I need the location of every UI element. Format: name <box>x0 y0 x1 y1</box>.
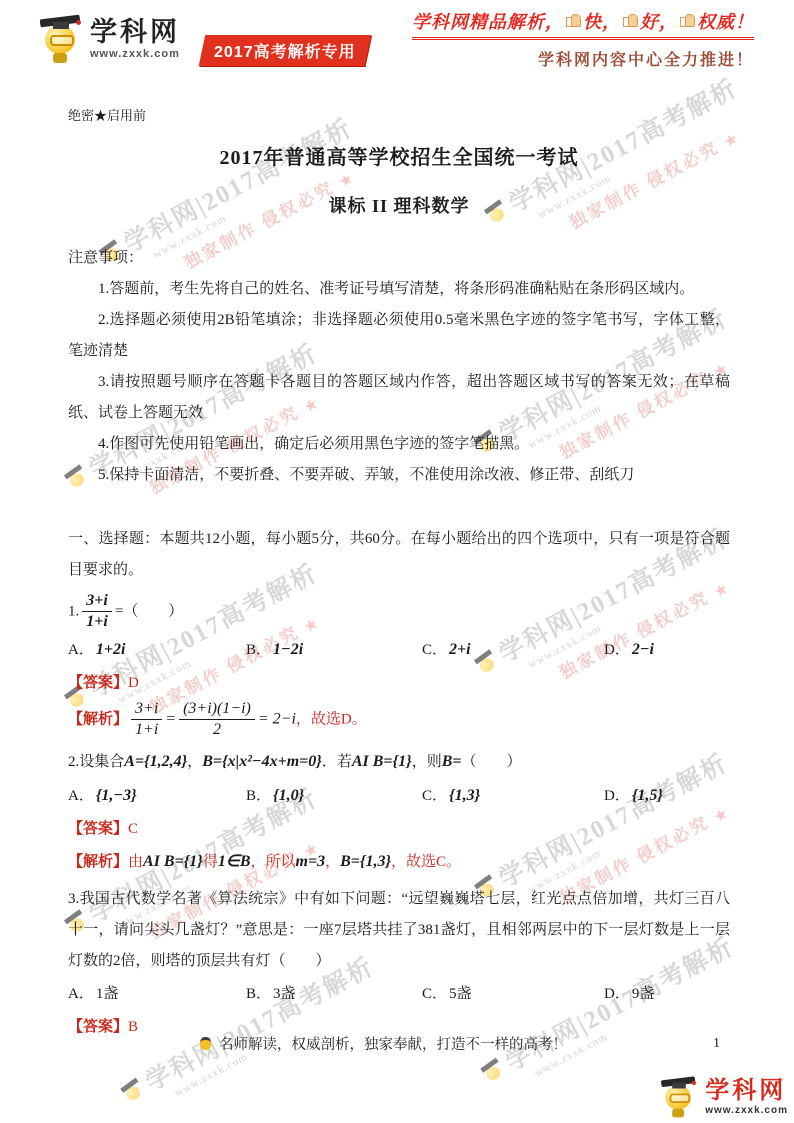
footer-slogan-text: 名师解读，权威剖析，独家奉献，打造不一样的高考！ <box>219 1033 567 1054</box>
document-content: 绝密★启用前 2017年普通高等学校招生全国统一考试 课标 II 理科数学 注意… <box>68 100 730 1044</box>
option-b-value: 1−2i <box>273 641 303 658</box>
option-c-label: C． <box>422 788 447 804</box>
question-3-stem: 3.我国古代数学名著《算法统宗》中有如下问题：“远望巍巍塔七层，红光点点倍加增，… <box>68 884 730 977</box>
option-d: D．9盏 <box>604 979 730 1010</box>
answer-label: 【答案】 <box>68 675 128 691</box>
notice-title: 注意事项： <box>68 243 730 274</box>
option-b-value: {1,0} <box>273 787 304 804</box>
option-c-value: {1,3} <box>449 787 480 804</box>
fraction: 3+i1+i <box>131 700 162 740</box>
option-a-label: A． <box>68 986 94 1002</box>
math-set-a: A={1,2,4} <box>124 753 187 770</box>
page-header: 学科网 www.zxxk.com 2017高考解析专用 学科网精品解析， 快， … <box>40 8 754 70</box>
exam-paper-page: 学科网|2017高考解析 www.zxxk.com 独家制作 侵权必究 ★ 学科… <box>0 0 794 1123</box>
option-b-value: 3盏 <box>273 986 296 1002</box>
analysis-result: = 2−i <box>258 710 296 727</box>
option-b: B．3盏 <box>246 979 422 1010</box>
option-d-label: D． <box>604 986 630 1002</box>
logo-text-block: 学科网 www.zxxk.com <box>705 1079 788 1116</box>
fraction-numerator: 3+i <box>131 700 162 720</box>
exam-edition-banner: 2017高考解析专用 <box>199 35 371 66</box>
slogan-part4: 权威！ <box>697 8 754 34</box>
option-b: B．{1,0} <box>246 780 422 812</box>
option-c-label: C． <box>422 642 447 658</box>
stem-text: （ ） <box>462 754 522 770</box>
option-a-value: {1,−3} <box>96 787 137 804</box>
slogan-part3: 好， <box>640 8 678 34</box>
option-b-label: B． <box>246 986 271 1002</box>
page-footer: 名师解读，权威剖析，独家奉献，打造不一样的高考！ 1 <box>68 1033 754 1054</box>
option-a: A．1盏 <box>68 979 246 1010</box>
option-b: B．1−2i <box>246 634 422 666</box>
option-d-value: {1,5} <box>632 787 663 804</box>
fraction-numerator: 3+i <box>82 592 112 612</box>
option-c: C．{1,3} <box>422 780 604 812</box>
stem-text: ， <box>187 754 202 770</box>
math-intersection: AI B={1} <box>352 753 412 770</box>
mascot-watermark-icon <box>119 1076 146 1103</box>
option-c-value: 5盏 <box>449 986 472 1002</box>
mascot-watermark-icon <box>479 1056 506 1083</box>
stem-text: ．若 <box>322 754 352 770</box>
notice-item-5: 5.保持卡面清洁，不要折叠、不要弄破、弄皱，不准使用涂改液、修正带、刮纸刀 <box>68 460 730 491</box>
analysis-text: ， <box>325 854 340 870</box>
analysis-conclusion: ，故选C。 <box>391 854 461 870</box>
math-b-equals: B= <box>442 753 462 770</box>
zxxk-logo: 学科网 www.zxxk.com 2017高考解析专用 <box>40 8 368 70</box>
analysis-conclusion: ，故选D。 <box>296 711 367 727</box>
option-a-value: 1+2i <box>96 641 126 658</box>
equals-sign: = <box>165 710 176 727</box>
classification-label: 绝密★启用前 <box>68 100 730 131</box>
thumbs-up-icon <box>623 14 638 28</box>
analysis-text: 由 <box>128 854 143 870</box>
header-slogan-block: 学科网精品解析， 快， 好， 权威！ 学科网内容中心全力推进！ <box>412 8 754 70</box>
option-d: D．{1,5} <box>604 780 730 812</box>
exam-title: 2017年普通高等学校招生全国统一考试 <box>68 143 730 174</box>
analysis-math: 1∈B <box>218 853 251 870</box>
thumbs-up-icon <box>566 14 581 28</box>
option-c-label: C． <box>422 986 447 1002</box>
exam-subtitle: 课标 II 理科数学 <box>68 191 730 222</box>
logo-site-url: www.zxxk.com <box>90 49 180 60</box>
analysis-label: 【解析】 <box>68 854 128 870</box>
section-1-title: 一、选择题：本题共12小题，每小题5分，共60分。在每小题给出的四个选项中，只有… <box>68 524 730 586</box>
option-d-label: D． <box>604 642 630 658</box>
logo-text-block: 学科网 www.zxxk.com <box>90 19 180 60</box>
answer-value: C <box>128 821 138 837</box>
stem-text: 2.设集合 <box>68 754 124 770</box>
thumbs-up-icon <box>680 14 695 28</box>
option-a-value: 1盏 <box>96 986 119 1002</box>
slogan-part2: 快， <box>583 8 621 34</box>
notice-item-3: 3.请按照题号顺序在答题卡各题目的答题区域内作答，超出答题区域书写的答案无效；在… <box>68 367 730 429</box>
option-b-label: B． <box>246 642 271 658</box>
option-a: A．{1,−3} <box>68 780 246 812</box>
page-number: 1 <box>713 1036 720 1052</box>
option-d: D．2−i <box>604 634 730 666</box>
question-2-stem: 2.设集合A={1,2,4}，B={x|x²−4x+m=0}．若AI B={1}… <box>68 746 730 778</box>
question-2-analysis: 【解析】由AI B={1}得1∈B，所以m=3，B={1,3}，故选C。 <box>68 846 730 878</box>
notice-item-4: 4.作图可先使用铅笔画出，确定后必须用黑色字迹的签字笔描黑。 <box>68 429 730 460</box>
notice-item-1: 1.答题前，考生先将自己的姓名、准考证号填写清楚，将条形码准确粘贴在条形码区域内… <box>68 274 730 305</box>
analysis-math: AI B={1} <box>143 853 203 870</box>
fraction-numerator: (3+i)(1−i) <box>179 700 255 720</box>
option-b-label: B． <box>246 788 271 804</box>
analysis-math: B={1,3} <box>340 853 391 870</box>
mascot-icon <box>661 1075 697 1119</box>
option-c: C．5盏 <box>422 979 604 1010</box>
math-set-b: B={x|x²−4x+m=0} <box>202 753 322 770</box>
slogan-part1: 学科网精品解析， <box>412 8 564 34</box>
logo-site-url: www.zxxk.com <box>705 1106 788 1116</box>
analysis-math: m=3 <box>296 853 326 870</box>
question-2-options: A．{1,−3} B．{1,0} C．{1,3} D．{1,5} <box>68 780 730 812</box>
option-c-value: 2+i <box>449 641 471 658</box>
slogan-line1: 学科网精品解析， 快， 好， 权威！ <box>412 8 754 40</box>
fraction: (3+i)(1−i)2 <box>179 700 255 740</box>
answer-label: 【答案】 <box>68 821 128 837</box>
logo-site-name: 学科网 <box>705 1079 788 1103</box>
option-d-label: D． <box>604 788 630 804</box>
question-1-number: 1. <box>68 603 79 619</box>
option-d-value: 9盏 <box>632 986 655 1002</box>
option-a-label: A． <box>68 788 94 804</box>
banner-label: 2017高考解析专用 <box>214 39 356 62</box>
footer-slogan: 名师解读，权威剖析，独家奉献，打造不一样的高考！ <box>200 1033 567 1054</box>
fraction-denominator: 1+i <box>131 720 162 739</box>
answer-value: D <box>128 675 139 691</box>
mascot-icon <box>40 13 82 65</box>
analysis-text: ，所以 <box>250 854 295 870</box>
question-1-analysis: 【解析】3+i1+i=(3+i)(1−i)2= 2−i，故选D。 <box>68 700 730 740</box>
option-d-value: 2−i <box>632 641 654 658</box>
option-a-label: A． <box>68 642 94 658</box>
question-1-options: A．1+2i B．1−2i C．2+i D．2−i <box>68 634 730 666</box>
question-3-options: A．1盏 B．3盏 C．5盏 D．9盏 <box>68 979 730 1010</box>
question-2-answer: 【答案】C <box>68 814 730 845</box>
mascot-mini-icon <box>200 1037 211 1050</box>
question-1-tail: =（ ） <box>115 603 183 619</box>
notice-item-2: 2.选择题必须使用2B铅笔填涂；非选择题必须使用0.5毫米黑色字迹的签字笔书写，… <box>68 305 730 367</box>
fraction-denominator: 2 <box>179 720 255 739</box>
stem-text: ，则 <box>412 754 442 770</box>
fraction: 3+i1+i <box>82 592 112 632</box>
analysis-text: 得 <box>203 854 218 870</box>
analysis-label: 【解析】 <box>68 711 128 727</box>
question-1-stem: 1.3+i1+i=（ ） <box>68 592 730 632</box>
slogan-line2: 学科网内容中心全力推进！ <box>412 47 754 70</box>
question-1-answer: 【答案】D <box>68 668 730 699</box>
logo-site-name: 学科网 <box>90 19 180 46</box>
zxxk-logo-bottom: 学科网 www.zxxk.com <box>658 1071 788 1123</box>
option-c: C．2+i <box>422 634 604 666</box>
fraction-denominator: 1+i <box>82 612 112 631</box>
option-a: A．1+2i <box>68 634 246 666</box>
